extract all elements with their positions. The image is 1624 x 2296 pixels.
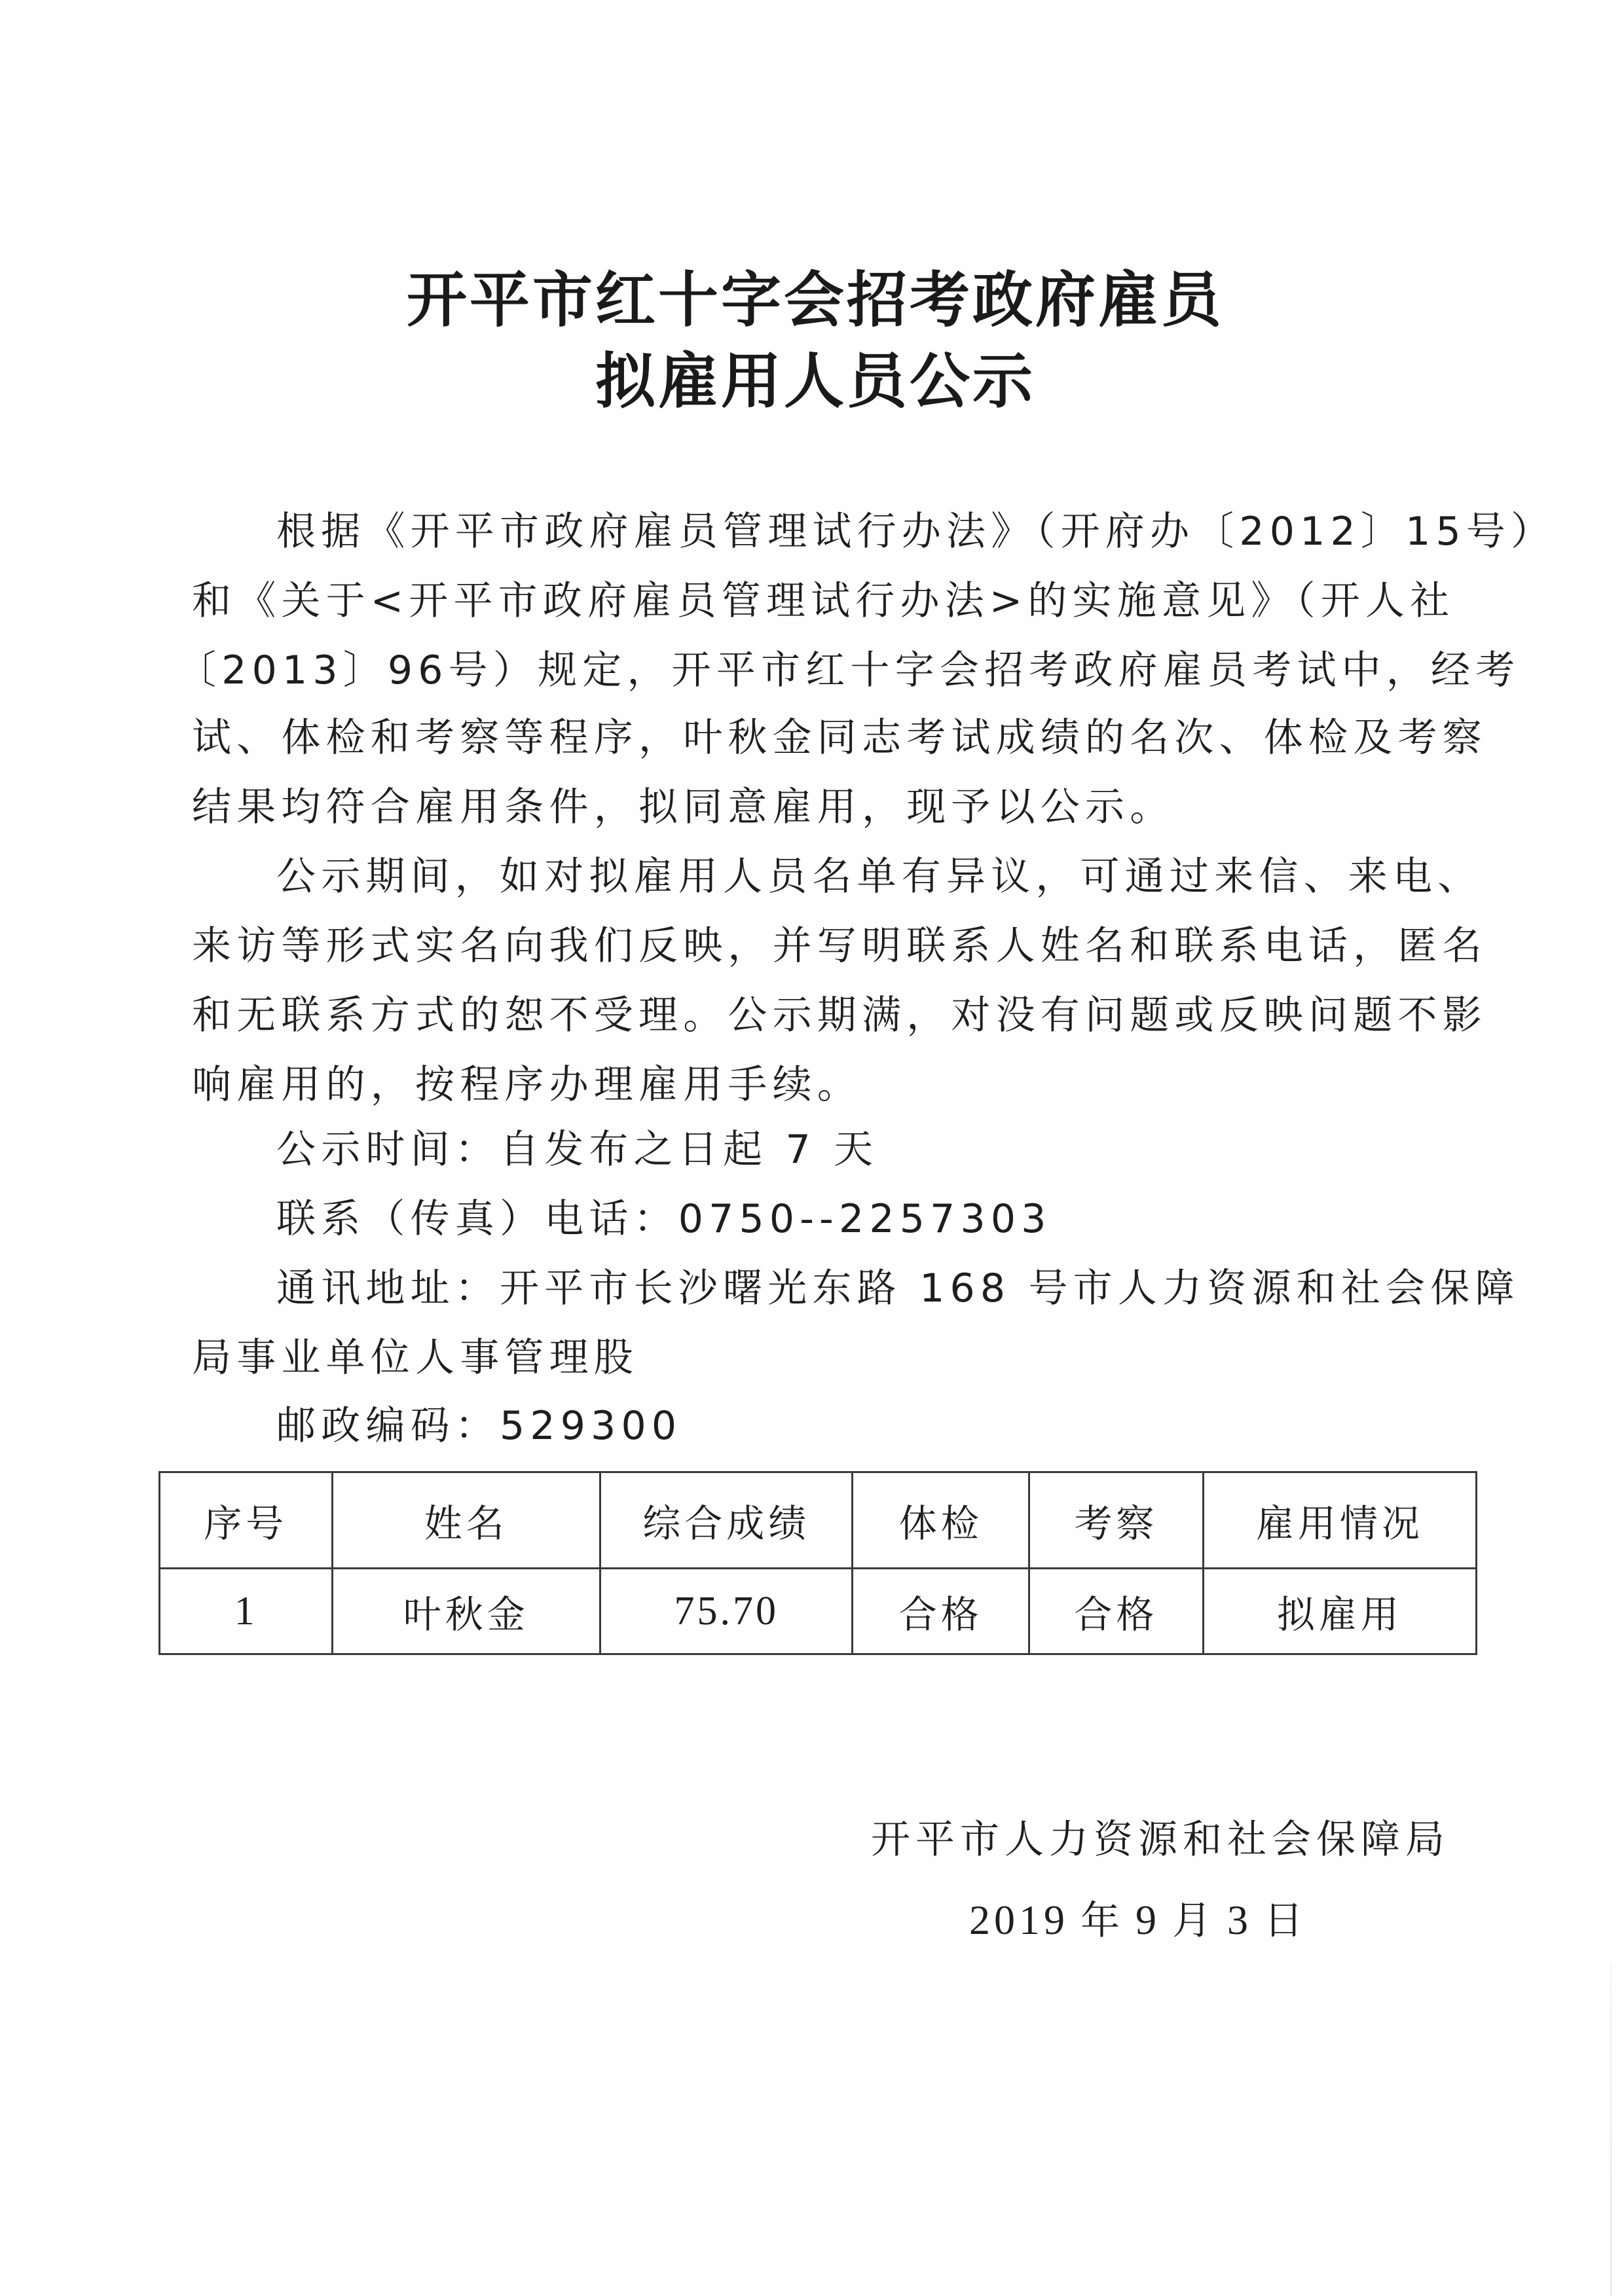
paragraph1-line3: 〔2013〕96号）规定，开平市红十字会招考政府雇员考试中，经考 [177,636,1520,705]
issue-date: 2019年9月3日 [969,1886,1319,1956]
cell-index: 1 [160,1569,333,1654]
date-day: 3 [1227,1897,1252,1943]
date-month-unit: 月 [1172,1898,1215,1944]
header-name: 姓名 [332,1472,600,1569]
header-assessment: 考察 [1029,1472,1204,1569]
date-year: 2019 [969,1897,1069,1943]
paragraph1-line5: 结果均符合雇用条件，拟同意雇用，现予以公示。 [192,773,1174,842]
header-physical-exam: 体检 [853,1472,1029,1569]
scan-edge-line [1610,1964,1612,2296]
paragraph2-line1: 公示期间，如对拟雇用人员名单有异议，可通过来信、来电、 [276,842,1482,911]
paragraph2-line4: 响雇用的，按程序办理雇用手续。 [192,1050,862,1120]
header-employment-status: 雇用情况 [1203,1472,1476,1569]
cell-assessment: 合格 [1029,1569,1204,1654]
address-line1: 通讯地址：开平市长沙曙光东路 168 号市人力资源和社会保障 [276,1254,1520,1323]
publicity-period: 公示时间：自发布之日起 7 天 [276,1115,878,1184]
postal-code: 邮政编码：529300 [276,1391,682,1461]
paragraph1-line4: 试、体检和考察等程序，叶秋金同志考试成绩的名次、体检及考察 [192,703,1487,773]
paragraph1-line1: 根据《开平市政府雇员管理试行办法》（开府办〔2012〕15号） [276,497,1555,566]
cell-score: 75.70 [600,1569,853,1654]
address-line2: 局事业单位人事管理股 [192,1323,638,1393]
date-day-unit: 日 [1264,1898,1307,1944]
paragraph2-line2: 来访等形式实名向我们反映，并写明联系人姓名和联系电话，匿名 [192,911,1487,981]
cell-physical-exam: 合格 [853,1569,1029,1654]
document-page: 开平市红十字会招考政府雇员 拟雇用人员公示 根据《开平市政府雇员管理试行办法》（… [0,0,1624,2296]
issuing-organization: 开平市人力资源和社会保障局 [871,1805,1450,1874]
document-title-line1: 开平市红十字会招考政府雇员 [0,261,1624,339]
date-month: 9 [1135,1897,1160,1943]
cell-employment-status: 拟雇用 [1203,1569,1476,1654]
header-index: 序号 [160,1472,333,1569]
table-row: 1 叶秋金 75.70 合格 合格 拟雇用 [160,1569,1477,1654]
document-title-line2: 拟雇用人员公示 [0,342,1624,420]
candidate-table: 序号 姓名 综合成绩 体检 考察 雇用情况 1 叶秋金 75.70 合格 合格 … [158,1471,1477,1655]
table-header-row: 序号 姓名 综合成绩 体检 考察 雇用情况 [160,1472,1477,1569]
contact-phone: 联系（传真）电话：0750--2257303 [276,1184,1052,1254]
paragraph1-line2: 和《关于<开平市政府雇员管理试行办法>的实施意见》（开人社 [192,566,1454,636]
date-year-unit: 年 [1080,1898,1124,1944]
paragraph2-line3: 和无联系方式的恕不受理。公示期满，对没有问题或反映问题不影 [192,981,1487,1050]
cell-name: 叶秋金 [332,1569,600,1654]
header-score: 综合成绩 [600,1472,853,1569]
